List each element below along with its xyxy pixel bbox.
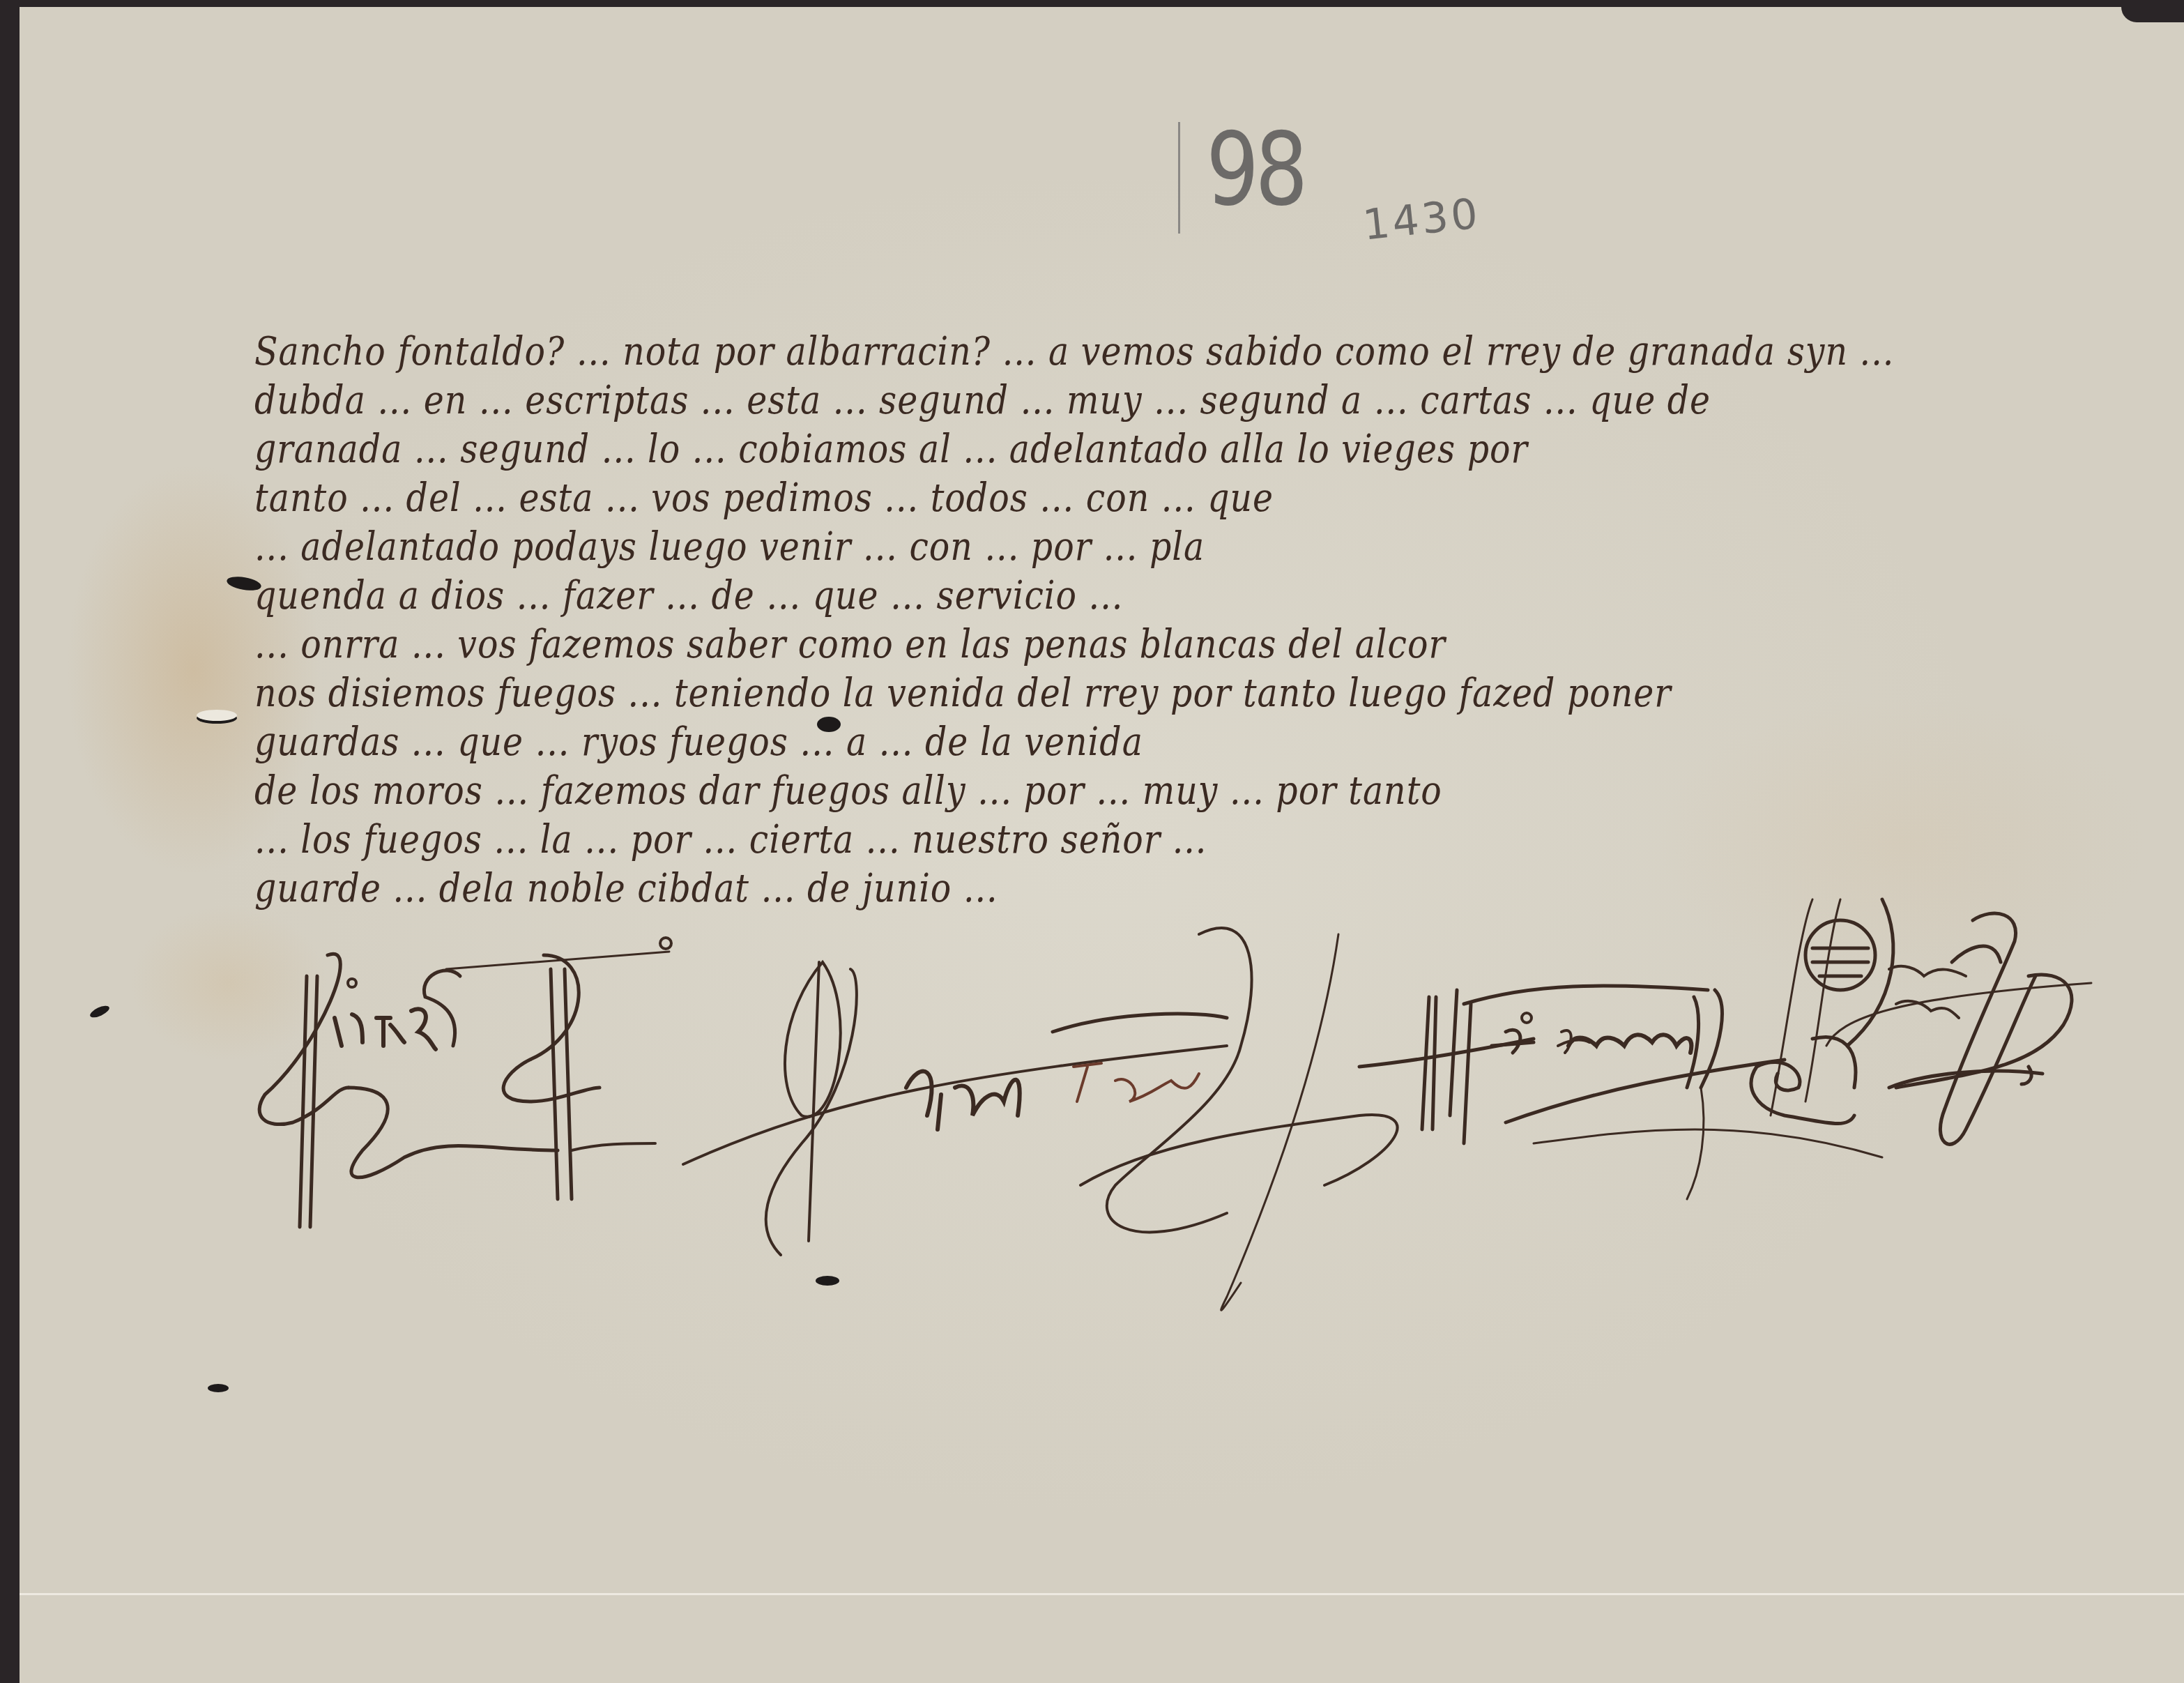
signatures-layer	[0, 0, 2184, 1683]
signature-1	[259, 938, 671, 1227]
signature-2	[683, 928, 1398, 1310]
signature-3	[1359, 986, 1882, 1199]
signature-4	[1751, 899, 2091, 1144]
